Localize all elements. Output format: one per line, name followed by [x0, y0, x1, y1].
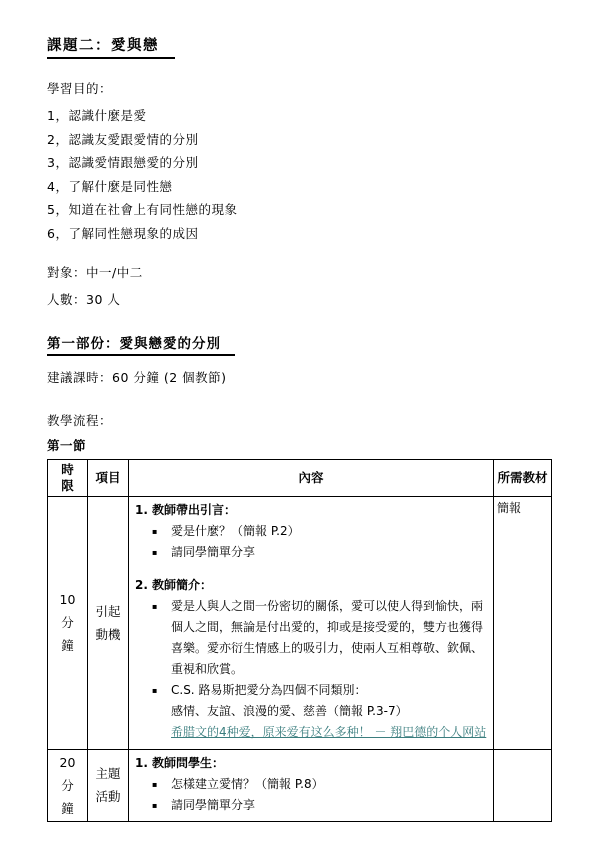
bullet-item: ▪ 愛是什麼？（簡報 P.2） — [152, 521, 488, 542]
objective-item: 4，了解什麼是同性戀 — [47, 180, 551, 194]
table-row: 20 分 鐘 主題 活動 1. 教師問學生： ▪ 怎樣建立愛情？（簡報 P.8） — [48, 749, 552, 821]
bullet-item: ▪ 愛是人與人之間一份密切的關係，愛可以使人得到愉快，兩個人之間，無論是付出愛的… — [152, 596, 488, 680]
duration-line: 建議課時：60 分鐘 (2 個教節) — [47, 368, 551, 386]
bullet-square-icon: ▪ — [152, 542, 171, 563]
bullet-item: ▪ 請同學簡單分享 — [152, 542, 488, 563]
col-header-materials: 所需教材 — [494, 459, 552, 496]
item-cell: 引起 動機 — [88, 496, 129, 749]
objectives-heading: 學習目的： — [47, 79, 551, 97]
content-cell: 1. 教師帶出引言： ▪ 愛是什麼？（簡報 P.2） ▪ 請同學簡單分享 2. — [129, 496, 494, 749]
bullet-square-icon: ▪ — [152, 596, 171, 680]
bullet-item: ▪ 怎樣建立愛情？（簡報 P.8） — [152, 774, 488, 795]
lesson-one-heading: 第一節 — [47, 436, 551, 454]
objective-item: 1，認識什麼是愛 — [47, 109, 551, 123]
time-cell: 10 分 鐘 — [48, 496, 88, 749]
materials-cell: 簡報 — [494, 496, 552, 749]
audience-line: 對象：中一/中二 — [47, 263, 551, 281]
teaching-flow-heading: 教學流程： — [47, 411, 551, 429]
content-cell: 1. 教師問學生： ▪ 怎樣建立愛情？（簡報 P.8） ▪ 請同學簡單分享 — [129, 749, 494, 821]
col-header-time: 時 限 — [48, 459, 88, 496]
reference-hyperlink[interactable]: 希腊文的4种爱，原来爱有这么多种！ － 翔巴德的个人网站 — [171, 725, 486, 739]
block-title: 1. 教師問學生： — [135, 753, 488, 774]
bullet-item: ▪ C.S. 路易斯把愛分為四個不同類別： — [152, 680, 488, 701]
col-header-item: 項目 — [88, 459, 129, 496]
objective-item: 2，認識友愛跟愛情的分別 — [47, 133, 551, 147]
bullet-item: ▪ 請同學簡單分享 — [152, 795, 488, 816]
col-header-content: 內容 — [129, 459, 494, 496]
lesson-plan-table: 時 限 項目 內容 所需教材 10 分 鐘 引起 動機 1. 教師帶出引言 — [47, 459, 552, 822]
bullet-square-icon: ▪ — [152, 795, 171, 816]
table-row: 10 分 鐘 引起 動機 1. 教師帶出引言： ▪ 愛是什麼？（簡報 P.2） — [48, 496, 552, 749]
objective-item: 3，認識愛情跟戀愛的分別 — [47, 156, 551, 170]
table-header-row: 時 限 項目 內容 所需教材 — [48, 459, 552, 496]
content-block: 1. 教師問學生： ▪ 怎樣建立愛情？（簡報 P.8） ▪ 請同學簡單分享 — [135, 753, 488, 816]
section-title: 第一部份：愛與戀愛的分別 — [47, 332, 235, 356]
content-block: 2. 教師簡介： ▪ 愛是人與人之間一份密切的關係，愛可以使人得到愉快，兩個人之… — [135, 575, 488, 743]
document-page: 課題二：愛與戀 學習目的： 1，認識什麼是愛 2，認識友愛跟愛情的分別 3，認識… — [0, 0, 596, 842]
bullet-subline: 感情、友誼、浪漫的愛、慈善（簡報 P.3-7） — [171, 701, 488, 722]
item-cell: 主題 活動 — [88, 749, 129, 821]
block-title: 1. 教師帶出引言： — [135, 500, 488, 521]
headcount-line: 人數：30 人 — [47, 290, 551, 308]
objective-item: 6，了解同性戀現象的成因 — [47, 227, 551, 241]
objective-item: 5，知道在社會上有同性戀的現象 — [47, 203, 551, 217]
time-cell: 20 分 鐘 — [48, 749, 88, 821]
block-title: 2. 教師簡介： — [135, 575, 488, 596]
bullet-square-icon: ▪ — [152, 680, 171, 701]
content-block: 1. 教師帶出引言： ▪ 愛是什麼？（簡報 P.2） ▪ 請同學簡單分享 — [135, 500, 488, 563]
objectives-list: 1，認識什麼是愛 2，認識友愛跟愛情的分別 3，認識愛情跟戀愛的分別 4，了解什… — [47, 109, 551, 241]
bullet-square-icon: ▪ — [152, 521, 171, 542]
bullet-square-icon: ▪ — [152, 774, 171, 795]
materials-cell — [494, 749, 552, 821]
page-title: 課題二：愛與戀 — [47, 34, 175, 59]
